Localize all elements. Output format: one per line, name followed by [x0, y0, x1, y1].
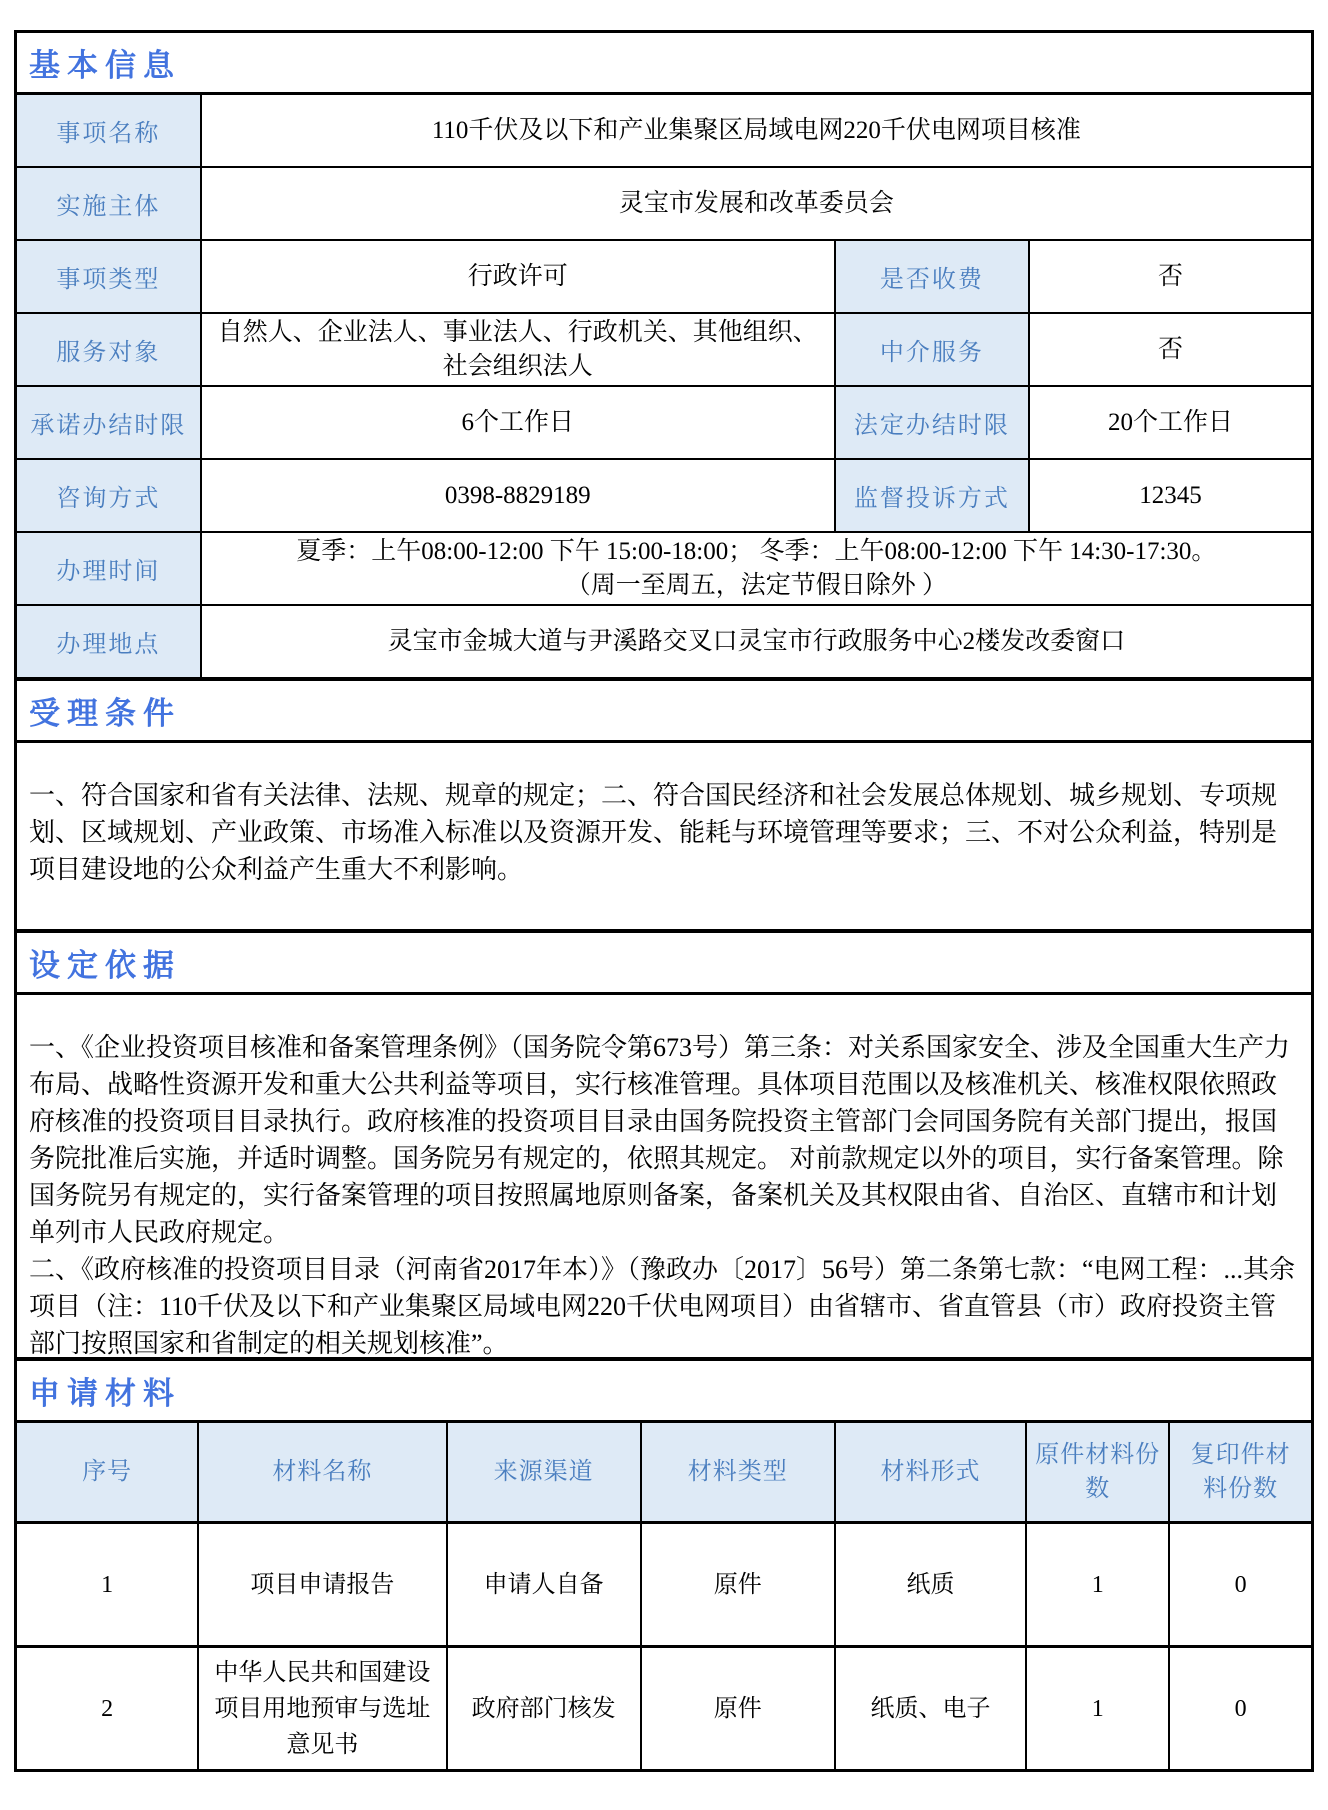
section-title-basic-info: 基本信息 — [17, 33, 1311, 95]
materials-cell-form: 纸质、电子 — [835, 1647, 1027, 1770]
field-value-complaint-method: 12345 — [1029, 459, 1311, 532]
basic-info-table: 事项名称 110千伏及以下和产业集聚区局域电网220千伏电网项目核准 实施主体 … — [17, 95, 1311, 677]
row-office-hours: 办理时间 夏季：上午08:00-12:00 下午 15:00-18:00； 冬季… — [17, 532, 1311, 605]
legal-basis-text: 一、《企业投资项目核准和备案管理条例》（国务院令第673号）第三条：对关系国家安… — [17, 995, 1311, 1357]
field-value-promised-time-limit: 6个工作日 — [201, 386, 835, 459]
field-label-legal-time-limit: 法定办结时限 — [835, 386, 1029, 459]
materials-header-original-copies: 原件材料份数 — [1026, 1423, 1169, 1523]
field-label-service-target: 服务对象 — [17, 313, 201, 386]
materials-cell-type: 原件 — [641, 1647, 835, 1770]
field-value-is-charged: 否 — [1029, 240, 1311, 313]
materials-cell-form: 纸质 — [835, 1523, 1027, 1647]
materials-cell-source: 政府部门核发 — [447, 1647, 641, 1770]
materials-row-2: 2 中华人民共和国建设项目用地预审与选址意见书 政府部门核发 原件 纸质、电子 … — [17, 1647, 1311, 1770]
materials-cell-source: 申请人自备 — [447, 1523, 641, 1647]
materials-cell-duplicate-copies: 0 — [1169, 1523, 1311, 1647]
service-info-document: 基本信息 事项名称 110千伏及以下和产业集聚区局域电网220千伏电网项目核准 … — [14, 30, 1314, 1772]
materials-header-row: 序号 材料名称 来源渠道 材料类型 材料形式 原件材料份数 复印件材料份数 — [17, 1423, 1311, 1523]
section-title-legal-basis: 设定依据 — [17, 929, 1311, 995]
materials-row-1: 1 项目申请报告 申请人自备 原件 纸质 1 0 — [17, 1523, 1311, 1647]
field-value-location: 灵宝市金城大道与尹溪路交叉口灵宝市行政服务中心2楼发改委窗口 — [201, 605, 1311, 677]
row-service-target: 服务对象 自然人、企业法人、事业法人、行政机关、其他组织、社会组织法人 中介服务… — [17, 313, 1311, 386]
materials-header-serial: 序号 — [17, 1423, 198, 1523]
field-label-implementer: 实施主体 — [17, 167, 201, 240]
field-value-intermediary-service: 否 — [1029, 313, 1311, 386]
field-label-is-charged: 是否收费 — [835, 240, 1029, 313]
field-label-consult-method: 咨询方式 — [17, 459, 201, 532]
field-value-implementer: 灵宝市发展和改革委员会 — [201, 167, 1311, 240]
field-value-office-hours: 夏季：上午08:00-12:00 下午 15:00-18:00； 冬季：上午08… — [201, 532, 1311, 605]
field-value-legal-time-limit: 20个工作日 — [1029, 386, 1311, 459]
materials-header-form: 材料形式 — [835, 1423, 1027, 1523]
row-location: 办理地点 灵宝市金城大道与尹溪路交叉口灵宝市行政服务中心2楼发改委窗口 — [17, 605, 1311, 677]
materials-header-name: 材料名称 — [198, 1423, 446, 1523]
field-label-complaint-method: 监督投诉方式 — [835, 459, 1029, 532]
materials-cell-original-copies: 1 — [1026, 1647, 1169, 1770]
legal-basis-item-1: 一、《企业投资项目核准和备案管理条例》（国务院令第673号）第三条：对关系国家安… — [29, 1029, 1299, 1251]
field-value-consult-method: 0398-8829189 — [201, 459, 835, 532]
materials-header-type: 材料类型 — [641, 1423, 835, 1523]
field-label-item-name: 事项名称 — [17, 95, 201, 167]
field-label-intermediary-service: 中介服务 — [835, 313, 1029, 386]
field-value-item-type: 行政许可 — [201, 240, 835, 313]
field-label-promised-time-limit: 承诺办结时限 — [17, 386, 201, 459]
materials-cell-duplicate-copies: 0 — [1169, 1647, 1311, 1770]
legal-basis-item-2: 二、《政府核准的投资项目目录（河南省2017年本）》（豫政办〔2017〕56号）… — [29, 1251, 1299, 1357]
materials-cell-name: 中华人民共和国建设项目用地预审与选址意见书 — [198, 1647, 446, 1770]
field-value-service-target: 自然人、企业法人、事业法人、行政机关、其他组织、社会组织法人 — [201, 313, 835, 386]
row-contact-methods: 咨询方式 0398-8829189 监督投诉方式 12345 — [17, 459, 1311, 532]
section-title-acceptance-conditions: 受理条件 — [17, 677, 1311, 743]
materials-cell-serial: 2 — [17, 1647, 198, 1770]
field-label-item-type: 事项类型 — [17, 240, 201, 313]
field-value-item-name: 110千伏及以下和产业集聚区局域电网220千伏电网项目核准 — [201, 95, 1311, 167]
row-item-type: 事项类型 行政许可 是否收费 否 — [17, 240, 1311, 313]
materials-table: 序号 材料名称 来源渠道 材料类型 材料形式 原件材料份数 复印件材料份数 1 … — [17, 1423, 1311, 1769]
materials-header-duplicate-copies: 复印件材料份数 — [1169, 1423, 1311, 1523]
field-label-location: 办理地点 — [17, 605, 201, 677]
materials-cell-name: 项目申请报告 — [198, 1523, 446, 1647]
row-time-limits: 承诺办结时限 6个工作日 法定办结时限 20个工作日 — [17, 386, 1311, 459]
row-item-name: 事项名称 110千伏及以下和产业集聚区局域电网220千伏电网项目核准 — [17, 95, 1311, 167]
materials-header-source: 来源渠道 — [447, 1423, 641, 1523]
field-label-office-hours: 办理时间 — [17, 532, 201, 605]
materials-cell-serial: 1 — [17, 1523, 198, 1647]
section-title-application-materials: 申请材料 — [17, 1357, 1311, 1423]
materials-cell-type: 原件 — [641, 1523, 835, 1647]
acceptance-conditions-text: 一、符合国家和省有关法律、法规、规章的规定；二、符合国民经济和社会发展总体规划、… — [17, 743, 1311, 929]
materials-cell-original-copies: 1 — [1026, 1523, 1169, 1647]
row-implementer: 实施主体 灵宝市发展和改革委员会 — [17, 167, 1311, 240]
